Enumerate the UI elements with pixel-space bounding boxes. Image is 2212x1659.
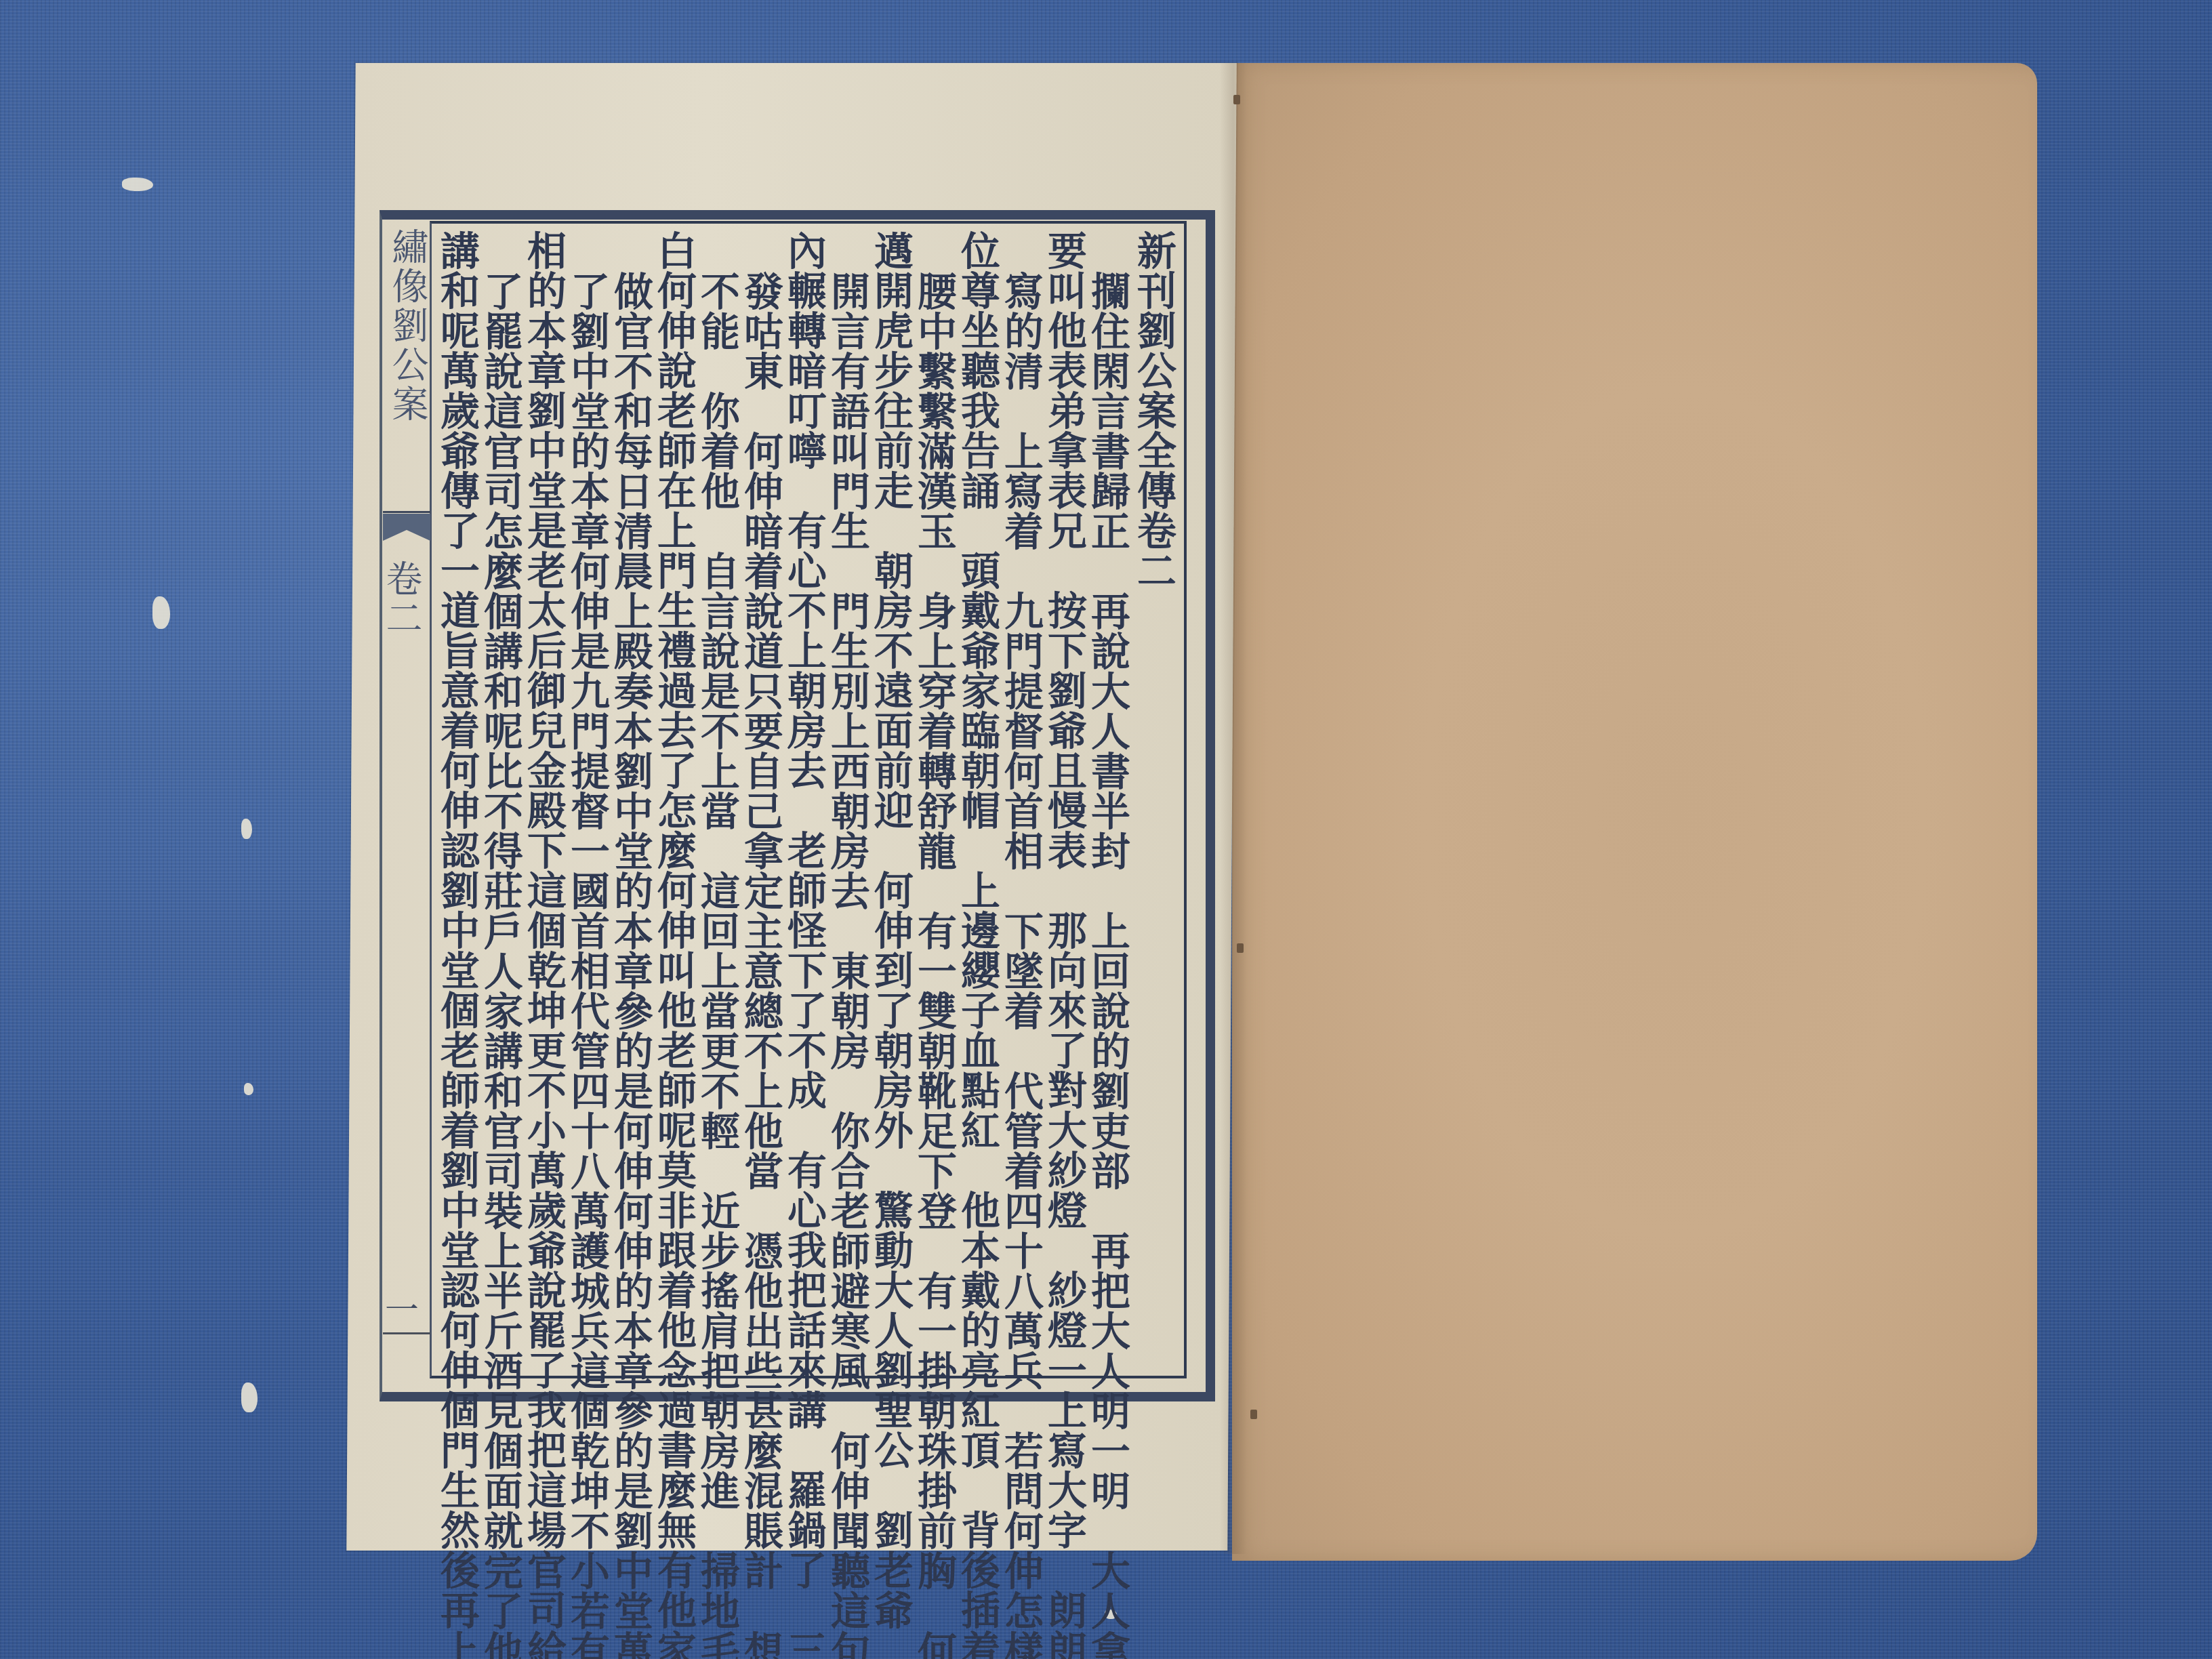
banxin-rule [383,1332,430,1334]
text-column: 腰中繫繫滿漢玉 身上穿着轉舒龍 有一雙朝靴足下登 有一掛朝珠掛前胸 何首相 [912,230,956,1396]
text-column: 不能 你着他 自言說是不上當 這回上當更不輕 近步搖肩把朝房進 掃地毛腰打一躬 [695,230,739,1396]
binding-stitch [1250,1410,1257,1419]
banxin-margin-strip: 繡像劉公案 卷二 一 [383,221,430,1373]
text-column: 位尊坐聽我告誦 頭戴爺家臨朝帽 上邊纓子血點紅 他本戴的亮紅頂 背後插着三眼翎 [956,230,999,1355]
text-column: 做官不和每日清晨上殿奏本劉中堂的本章參的是何伸何伸的本章參的是劉中堂萬歲要有心准 [609,230,652,1396]
text-column: 相的本章劉中堂是老太后御兒金殿下這個乾坤更不小萬歲爺說罷了我把這場官司給你們講和 [522,230,565,1355]
text-column: 講和呢萬歲爺傳了一道旨意着何伸認劉中堂個老師着劉中堂認何伸個門生然後再上殿奏本劉 [435,230,478,1355]
open-book: 繡像劉公案 卷二 一 新刊劉公案全傳卷二 攔住閑言書歸正 再說大人書半封 上回說… [0,0,2212,1659]
text-column: 發咕東 何伸暗着說道只要自己拿定主意總不上他當 憑他出些甚麼混賬計 想着上當萬 [739,230,782,1396]
text-column: 開言有語叫門生 門生別上西朝房去 東朝房 你合老師避寒風 何伸聞聽這句話 腹 [825,230,869,1396]
text-column: 白何伸說老師在上門生禮過去了怎麼何伸叫他老師呢莫非跟着他念過書麼無有他家二人在朝 [652,230,695,1355]
page-number: 一 [390,1292,424,1326]
text-block: 新刊劉公案全傳卷二 攔住閑言書歸正 再說大人書半封 上回說的劉吏部 再把大人明一… [436,230,1175,1369]
text-column: 攔住閑言書歸正 再說大人書半封 上回說的劉吏部 再把大人明一明 大人拿定大主意 [1086,230,1129,1396]
text-column: 要叫他表弟拿表兄 按下劉爺且慢表 那向來了對大紗燈 紗燈一上寫大字 朗朗大字 [1042,230,1086,1355]
fishtail-rule [383,511,430,513]
banxin-title: 繡像劉公案 [387,228,428,424]
text-column: 了罷說這官司怎麼個講和呢比不得莊戶人家講和官司裝上半斤酒見個面就完了他這官司怎麼 [478,230,522,1396]
right-page-blank-cover [1232,63,2037,1561]
binding-stitch [1233,95,1240,104]
spine-fold [1220,63,1247,1554]
binding-stitch [1237,943,1244,953]
banxin-volume: 卷二 [387,560,428,638]
text-column: 了劉中堂的本章何伸是九門提督一國首相代管四十八萬護城兵這個乾坤不小若有心准了何首 [565,230,609,1396]
chapter-title-column: 新刊劉公案全傳卷二 [1132,230,1175,1355]
text-column: 內輾轉暗叮嚀 有心不上朝房去 老師怪下了不成 有心我把話來講 羅鍋了 三六九的 [782,230,825,1355]
fishtail-mark-icon [383,514,430,541]
text-column: 邁開虎步往前走 朝房不遠面前迎 何伸到了朝房外 驚動大人劉聖公 劉老爺 開虎口 [869,230,912,1355]
text-column: 寫的清 上寫着 九門提督何首相 下墜着 代管着四十八萬兵 若問何伸怎樣穿代 列 [999,230,1042,1396]
